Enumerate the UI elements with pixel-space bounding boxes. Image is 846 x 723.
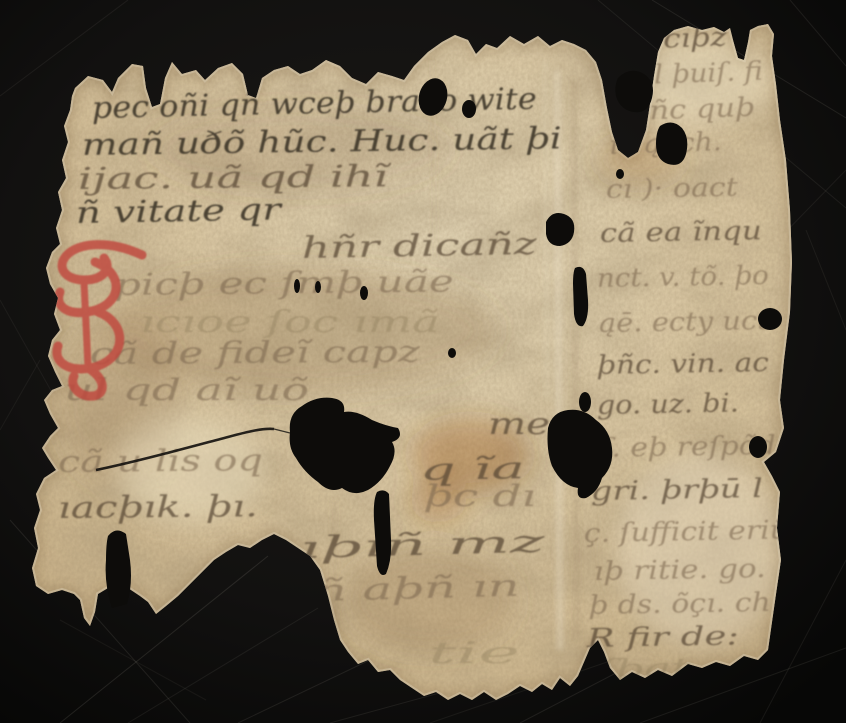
script-line: cã de fideĩ capz xyxy=(90,335,421,372)
script-line: tie xyxy=(428,636,520,671)
script-line: ijac. uã qd ihĩ xyxy=(78,159,393,197)
script-line: picþ ec ſmþ uãe xyxy=(114,264,454,303)
hole xyxy=(360,286,368,300)
script-line: cã u lis oq xyxy=(58,443,263,480)
script-line: hñr dicañz xyxy=(302,227,538,266)
hole xyxy=(106,530,131,608)
script-line: ·ſ. eþ reſpõd xyxy=(591,431,776,464)
script-line: mañ uðõ hũc. Huc. uãt þi xyxy=(82,121,562,163)
manuscript-photograph: pec oñi qñ wceþ braco wite mañ uðõ hũc. … xyxy=(0,0,846,723)
manuscript-scene: pec oñi qñ wceþ braco wite mañ uðõ hũc. … xyxy=(0,0,846,723)
script-line: nct. v. tõ. þo xyxy=(597,261,769,294)
hole xyxy=(315,281,321,293)
hole xyxy=(573,267,588,326)
script-line: ñ vitate qr xyxy=(76,192,284,231)
hole xyxy=(448,348,456,358)
script-line: ç. ſufficit eriũ xyxy=(584,515,789,549)
script-line: ñ aþñ ın xyxy=(314,569,520,609)
parchment-fragment: pec oñi qñ wceþ braco wite mañ uðõ hũc. … xyxy=(32,22,792,700)
hole xyxy=(462,100,476,118)
hole xyxy=(294,279,300,293)
hole xyxy=(758,308,782,330)
script-line: ıþıñ mz xyxy=(299,525,545,566)
hole xyxy=(749,436,767,458)
script-line: cı )· oact xyxy=(606,173,739,205)
script-line: me xyxy=(488,407,550,442)
script-line: cã ea ĩnqu xyxy=(600,216,762,249)
script-line: gri. þrþū l xyxy=(591,474,763,507)
hole xyxy=(616,169,624,179)
script-line: R fir de: xyxy=(585,621,739,654)
hole xyxy=(579,392,591,412)
script-line: ıacþık. þı. xyxy=(58,489,258,526)
script-line: þ ds. õçı. ch xyxy=(589,588,771,621)
script-line: ąē. ecty uct xyxy=(599,306,770,339)
script-line: þc dı xyxy=(424,479,536,514)
script-line: go. uz. bi. xyxy=(597,389,740,421)
script-line: þñc. vin. ac xyxy=(597,348,770,381)
script-line: ıþ ritie. go. xyxy=(594,554,766,587)
